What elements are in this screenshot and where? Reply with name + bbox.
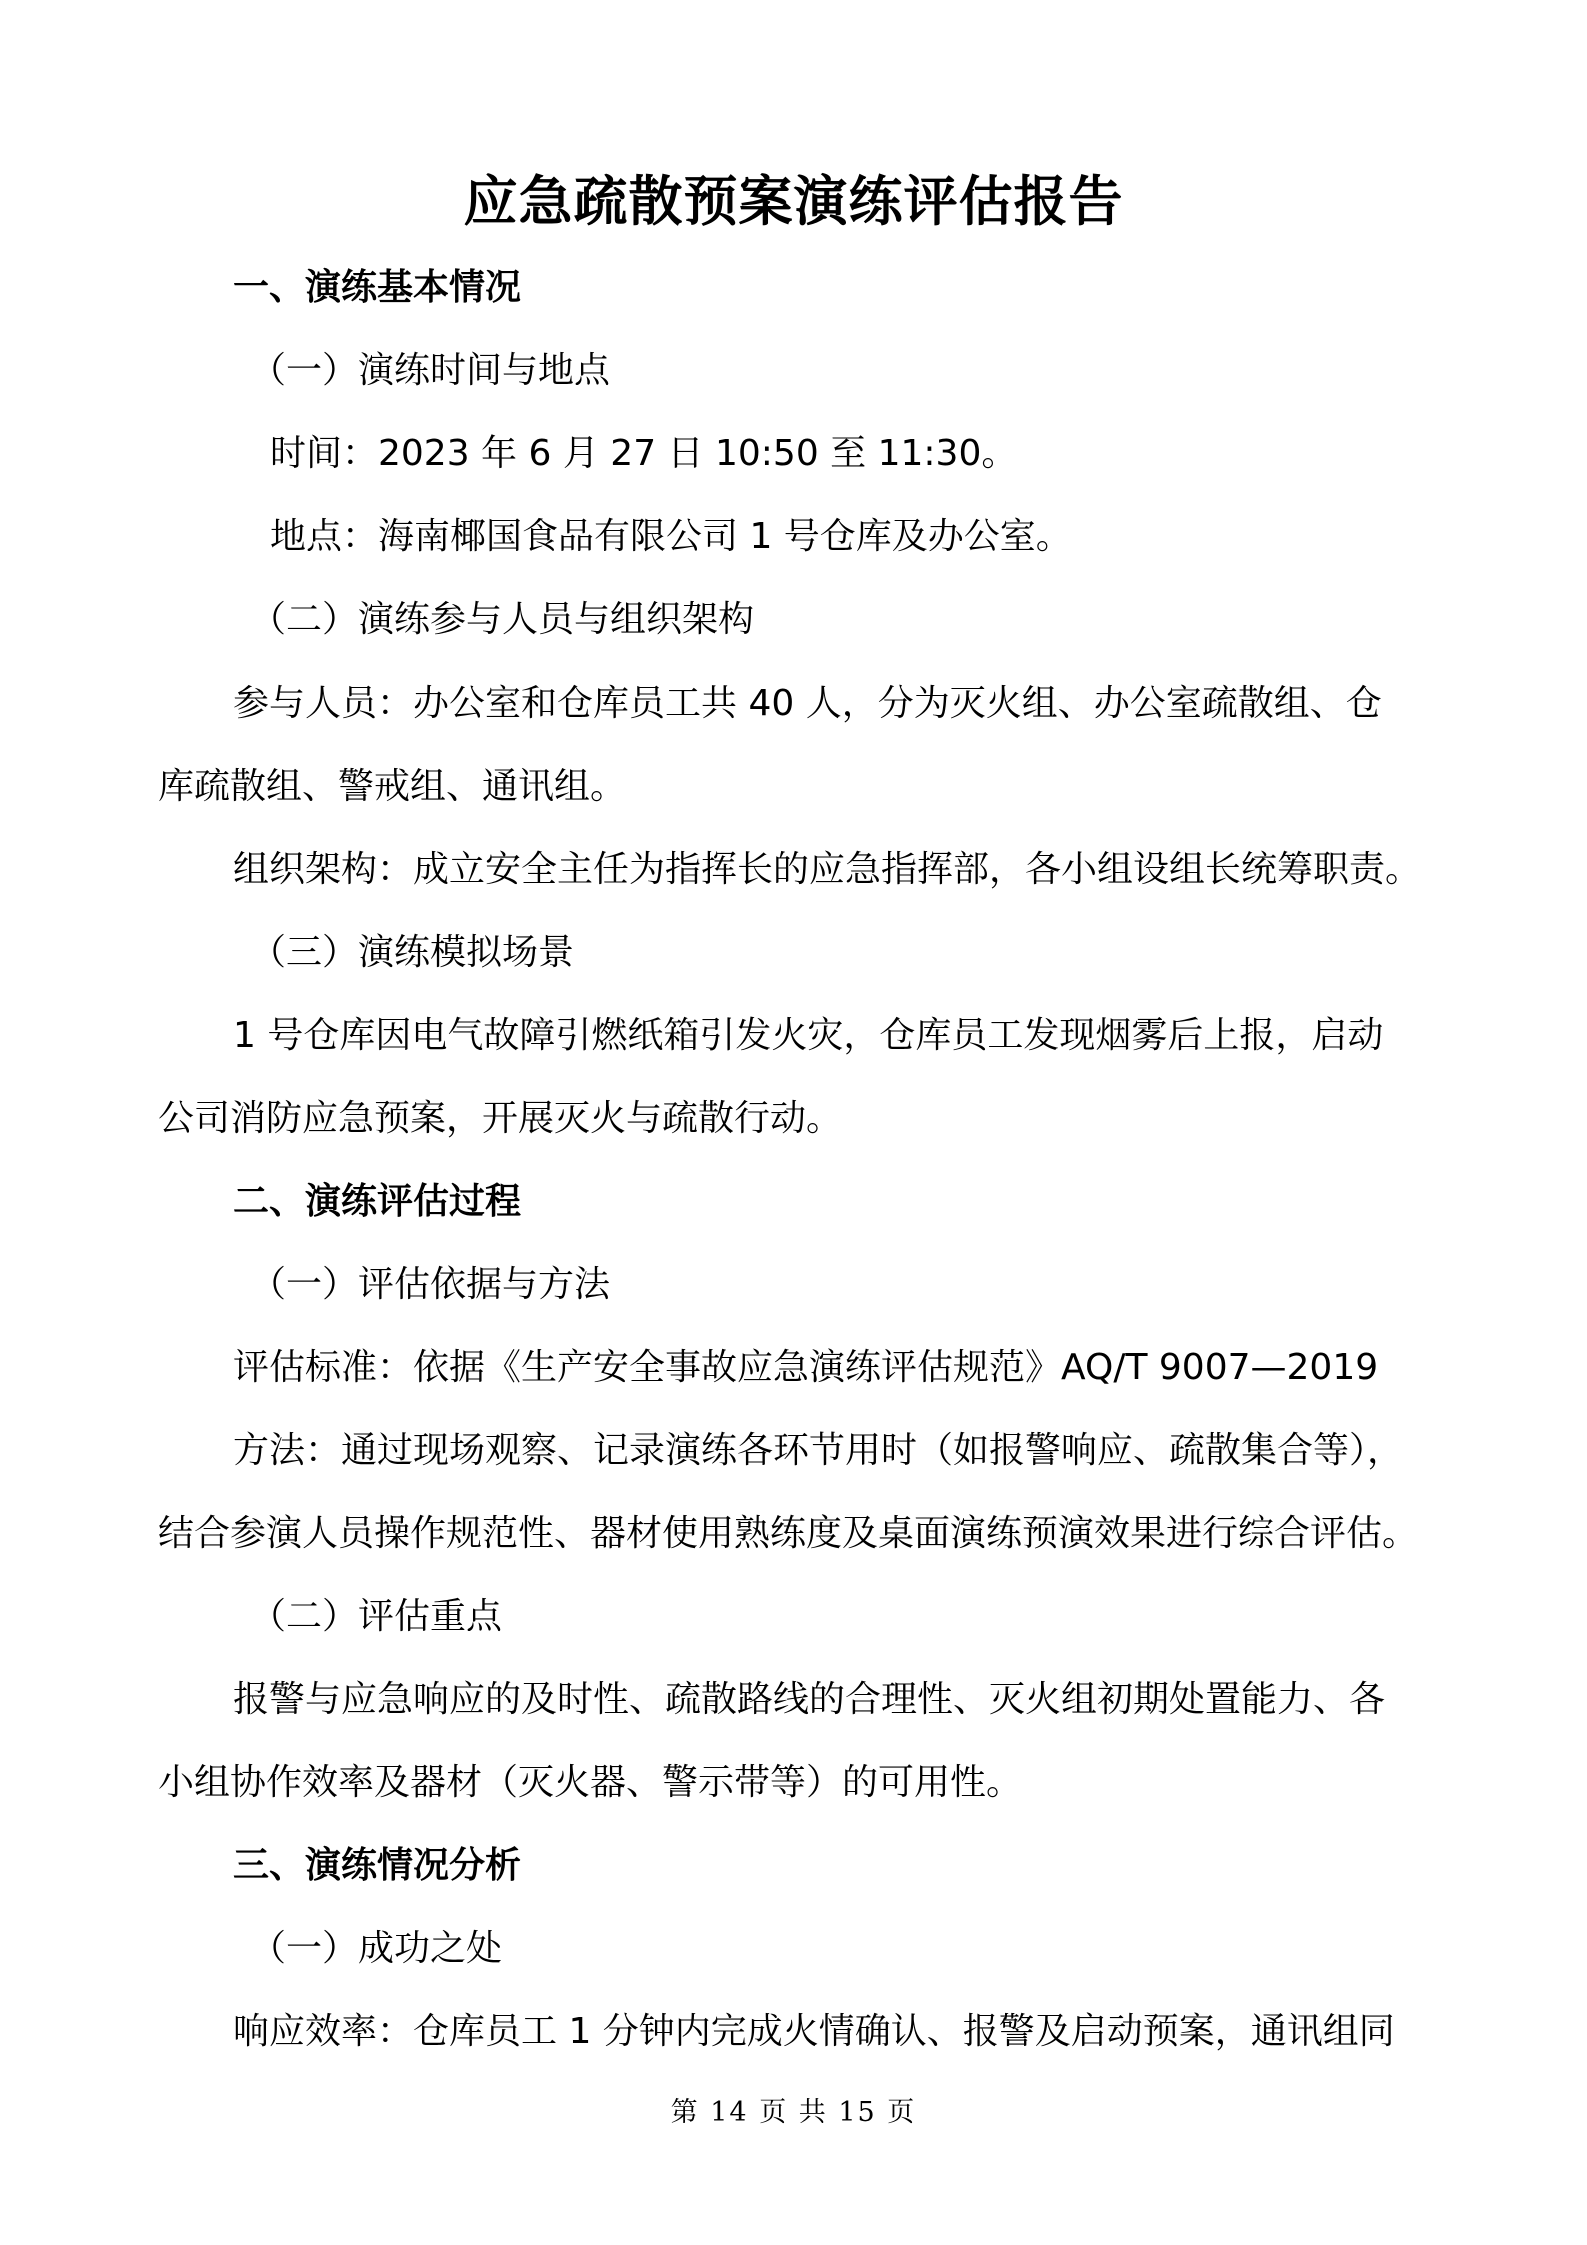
- paragraph-line: 时间：2023 年 6 月 27 日 10:50 至 11:30。: [270, 430, 1540, 478]
- section-heading-3: 三、演练情况分析: [233, 1842, 1503, 1890]
- section-heading-2: 二、演练评估过程: [233, 1178, 1503, 1226]
- document-page: 应急疏散预案演练评估报告 一、演练基本情况 （一）演练时间与地点 时间：2023…: [0, 0, 1587, 2245]
- subsection-heading: （二）评估重点: [250, 1593, 1520, 1641]
- section-heading-1: 一、演练基本情况: [233, 264, 1503, 312]
- paragraph-line: 库疏散组、警戒组、通讯组。: [158, 763, 1428, 811]
- paragraph-line: 评估标准：依据《生产安全事故应急演练评估规范》AQ/T 9007—2019: [233, 1344, 1503, 1392]
- paragraph-line: 1 号仓库因电气故障引燃纸箱引发火灾，仓库员工发现烟雾后上报，启动: [233, 1012, 1503, 1060]
- page-number-footer: 第 14 页 共 15 页: [0, 2095, 1587, 2131]
- paragraph-line: 报警与应急响应的及时性、疏散路线的合理性、灭火组初期处置能力、各: [233, 1676, 1503, 1724]
- paragraph-line: 响应效率：仓库员工 1 分钟内完成火情确认、报警及启动预案，通讯组同: [233, 2008, 1503, 2056]
- paragraph-line: 结合参演人员操作规范性、器材使用熟练度及桌面演练预演效果进行综合评估。: [158, 1510, 1428, 1558]
- paragraph-line: 方法：通过现场观察、记录演练各环节用时（如报警响应、疏散集合等），: [233, 1427, 1503, 1475]
- subsection-heading: （二）演练参与人员与组织架构: [250, 596, 1520, 644]
- subsection-heading: （三）演练模拟场景: [250, 929, 1520, 977]
- paragraph-line: 公司消防应急预案，开展灭火与疏散行动。: [158, 1095, 1428, 1143]
- subsection-heading: （一）成功之处: [250, 1925, 1520, 1973]
- subsection-heading: （一）评估依据与方法: [250, 1261, 1520, 1309]
- paragraph-line: 参与人员：办公室和仓库员工共 40 人，分为灭火组、办公室疏散组、仓: [233, 680, 1503, 728]
- subsection-heading: （一）演练时间与地点: [250, 347, 1520, 395]
- paragraph-line: 小组协作效率及器材（灭火器、警示带等）的可用性。: [158, 1759, 1428, 1807]
- paragraph-line: 地点：海南椰国食品有限公司 1 号仓库及办公室。: [270, 513, 1540, 561]
- paragraph-line: 组织架构：成立安全主任为指挥长的应急指挥部，各小组设组长统筹职责。: [233, 846, 1503, 894]
- document-title: 应急疏散预案演练评估报告: [0, 166, 1587, 238]
